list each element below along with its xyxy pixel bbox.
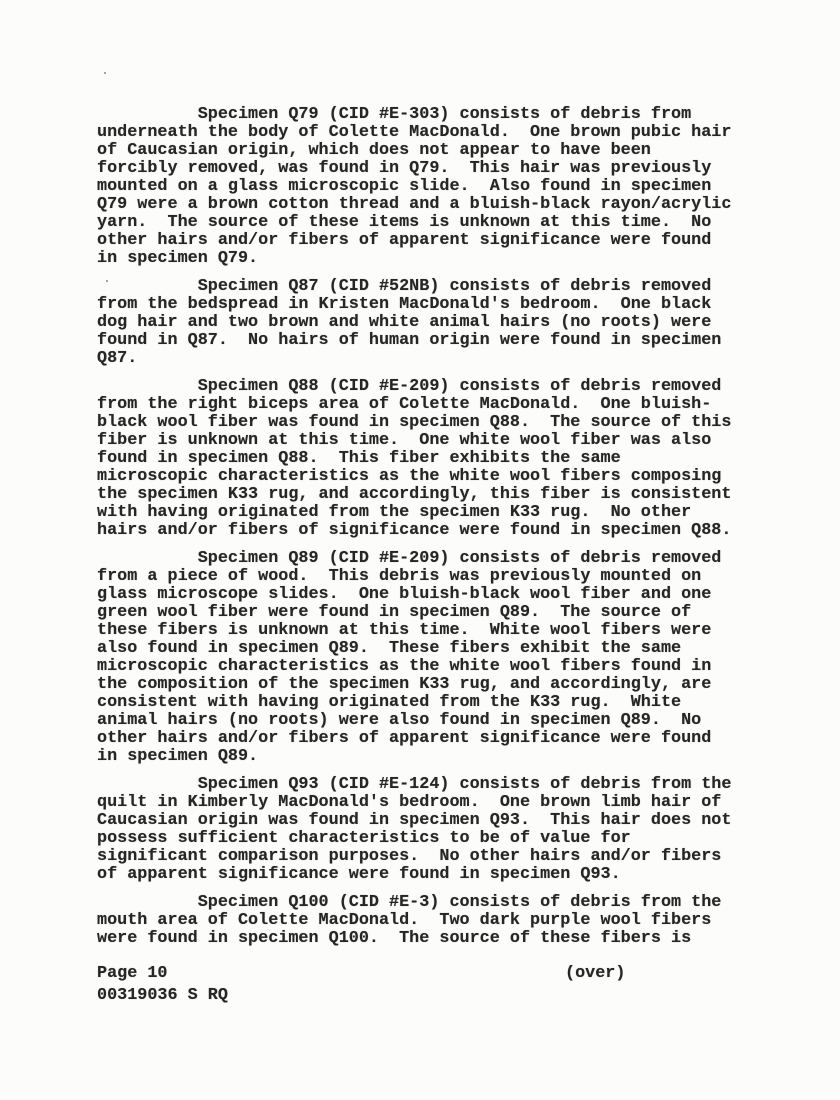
paragraph-specimen-q100: Specimen Q100 (CID #E-3) consists of deb… xyxy=(97,894,797,948)
paragraph-specimen-q93: Specimen Q93 (CID #E-124) consists of de… xyxy=(97,776,797,884)
paragraph-specimen-q88: Specimen Q88 (CID #E-209) consists of de… xyxy=(97,378,797,540)
document-page: Specimen Q79 (CID #E-303) consists of de… xyxy=(0,0,840,1100)
text-column: Specimen Q79 (CID #E-303) consists of de… xyxy=(97,106,797,1013)
paragraph-specimen-q89: Specimen Q89 (CID #E-209) consists of de… xyxy=(97,550,797,766)
scan-speck xyxy=(104,72,106,74)
page-footer: Page 10 00319036 S RQ (over) xyxy=(97,963,797,1013)
document-number: 00319036 S RQ xyxy=(97,985,228,1007)
page-number: Page 10 xyxy=(97,963,228,985)
over-label: (over) xyxy=(565,963,625,985)
paragraph-specimen-q87: Specimen Q87 (CID #52NB) consists of deb… xyxy=(97,278,797,368)
footer-left-block: Page 10 00319036 S RQ xyxy=(97,963,228,1007)
paragraph-specimen-q79: Specimen Q79 (CID #E-303) consists of de… xyxy=(97,106,797,268)
scan-speck xyxy=(106,280,108,282)
